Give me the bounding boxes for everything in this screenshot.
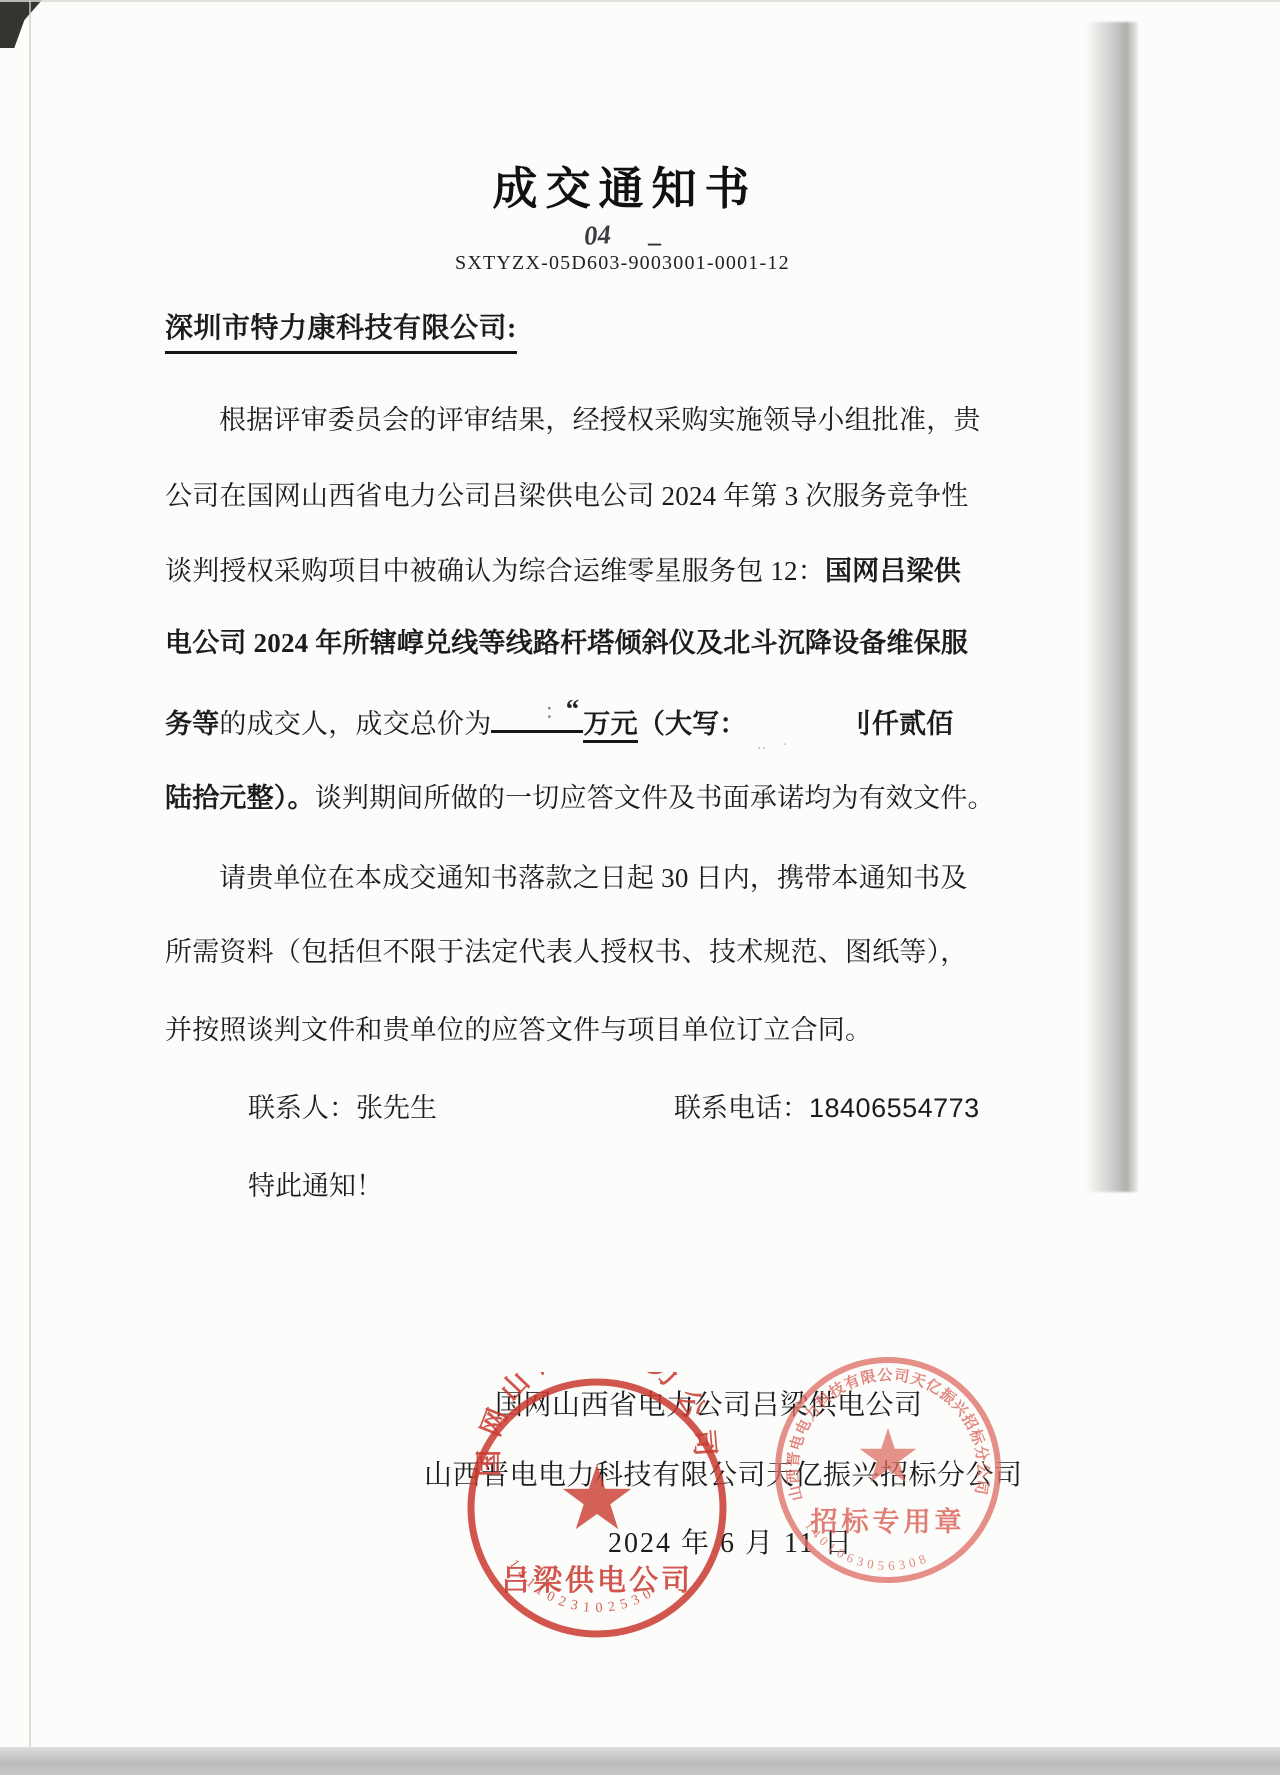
contact-person-label: 联系人： [248,1093,356,1123]
body-line-7: 请贵单位在本成交通知书落款之日起 30 日内，携带本通知书及 [165,856,1034,895]
official-seal-left: 国网山西省电力公司 吕梁供电公司 1411023102530 [461,1372,733,1644]
document-page: 成交通知书 04 – SXTYZX-05D603-9003001-0001-12… [0,0,1280,1775]
body-text-bold: 万元 [583,709,637,743]
body-line-9: 并按照谈判文件和贵单位的应答文件与项目单位订立合同。 [165,1008,980,1047]
seal-ring [778,1360,998,1580]
seal-star-icon [860,1428,917,1482]
seal-center-line-text: 招标专用章 [811,1506,966,1537]
contact-phone-label: 联系电话： [674,1093,809,1123]
body-text: 并按照谈判文件和贵单位的应答文件与项目单位订立合同。 [165,1015,872,1045]
body-line-5: 务等的成交人，成交总价为:“万元（大写：‥ ·刂仟贰佰 [165,700,980,741]
body-line-1: 根据评审委员会的评审结果，经授权采购实施领导小组批准，贵 [165,398,1034,437]
seal-arc-company-textpath: 国网山西省电力公司 [474,1372,721,1477]
whited-out-amount-blank: “ [491,700,583,733]
body-line-3: 谈判授权采购项目中被确认为综合运维零星服务包 12：国网吕梁供 [165,549,980,588]
addressee-company: 深圳市特力康科技有限公司: [165,306,517,354]
scan-artifact-left-edge-line [29,0,31,1775]
scan-artifact-bottom-strip [0,1747,1280,1775]
scan-artifact-right-shadow-band [1086,22,1138,1192]
body-line-8: 所需资料（包括但不限于法定代表人授权书、技术规范、图纸等）， [165,930,980,969]
official-seal-right: 山西晋电电力科技有限公司天亿振兴招标分公司 招标专用章 140106305630… [768,1350,1008,1590]
body-text: 的成交人，成交总价为 [219,709,491,739]
body-text: 谈判授权采购项目中被确认为综合运维零星服务包 12： [165,556,825,586]
body-text: 谈判期间所做的一切应答文件及书面承诺均为有效文件。 [315,783,995,813]
scan-artifact-top-edge [0,0,1280,2]
body-text-bold: （大写： [638,709,747,739]
body-line-6: 陆拾元整）。谈判期间所做的一切应答文件及书面承诺均为有效文件。 [165,776,980,815]
closing-statement: 特此通知！ [248,1164,383,1203]
seal-circle [778,1360,998,1580]
body-text: 公司在国网山西省电力公司吕梁供电公司 2024 年第 3 次服务竞争性 [165,481,969,511]
body-text-bold: 陆拾元整）。 [165,783,315,813]
body-text-bold-partial: 刂仟贰佰 [845,709,954,739]
scanned-document-page: { "page": { "title": "成交通知书", "handwritt… [0,0,1280,1775]
body-text: 根据评审委员会的评审结果，经授权采购实施领导小组批准，贵 [219,405,981,435]
contact-person-value: 张先生 [356,1093,437,1123]
scan-artifact-top-left-corner [0,0,42,48]
document-title: 成交通知书 [345,152,905,217]
body-text: 请贵单位在本成交通知书落款之日起 30 日内，携带本通知书及 [219,863,968,893]
body-text-bold: 国网吕梁供 [825,556,961,586]
body-text-bold: 务等 [165,709,219,739]
contact-row: 联系人：张先生 联系电话：18406554773 [248,1086,1148,1125]
seal-arc-company-text: 国网山西省电力公司 [474,1372,721,1477]
body-text-bold: 电公司 2024 年所辖崞兑线等线路杆塔倾斜仪及北斗沉降设备维保服 [165,628,968,658]
contact-phone-value: 18406554773 [809,1093,980,1123]
whiteout-remnant-dots: ‥ · [757,735,794,754]
handwritten-annotation: 04 [583,219,612,252]
body-text: 所需资料（包括但不限于法定代表人授权书、技术规范、图纸等）， [165,937,968,967]
seal-star-icon [563,1464,631,1529]
body-line-4: 电公司 2024 年所辖崞兑线等线路杆塔倾斜仪及北斗沉降设备维保服 [165,621,980,660]
contact-phone-part: 联系电话：18406554773 [674,1086,980,1125]
whiteout-remnant-quote: “ [566,694,580,725]
document-number: SXTYZX-05D603-9003001-0001-12 [455,252,790,275]
body-line-2: 公司在国网山西省电力公司吕梁供电公司 2024 年第 3 次服务竞争性 [165,474,980,513]
